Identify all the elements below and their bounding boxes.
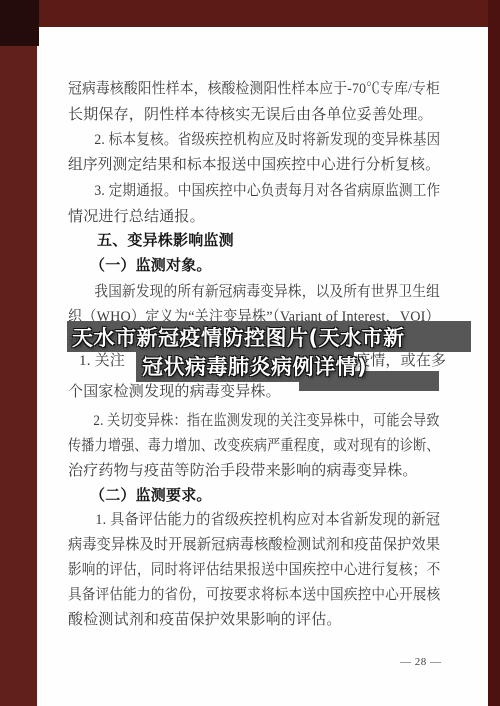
doc-line-21: 具备评估能力的省份，可按要求将标本送中国疾控中心开展核 — [68, 586, 440, 605]
doc-line-20: 影响的评估，同时将评估结果报送中国疾控中心进行复核；不 — [68, 561, 440, 580]
doc-line-19: 病毒变异株及时开展新冠病毒核酸检测试剂和疫苗保护效果 — [68, 536, 440, 555]
page-number: — 28 — — [400, 656, 442, 668]
doc-line-4: 组序列测定结果和标本报送中国疾控中心进行分析复核。 — [68, 156, 440, 175]
doc-line-5: 3. 定期通报。中国疾控中心负责每月对各省病原监测工作 — [68, 182, 440, 201]
doc-line-22: 酸检测试剂和疫苗保护效果影响的评估。 — [68, 611, 342, 630]
frame-corner-block — [0, 0, 39, 46]
doc-line-16: 治疗药物与疫苗等防治手段带来影响的病毒变异株。 — [68, 462, 418, 481]
caption-title-line-2: 冠状病毒肺炎病例详情) — [142, 353, 367, 381]
doc-line-3: 2. 标本复核。省级疾控机构应及时将新发现的变异株基因 — [68, 131, 440, 150]
doc-line-17: （二）监测要求。 — [90, 487, 212, 506]
frame-right-band — [488, 0, 500, 706]
scanned-document-page: 冠病毒核酸阳性样本，核酸检测阳性样本应于-70℃专库/专柜长期保存，阴性样本待核… — [0, 0, 500, 706]
doc-line-14: 2. 关切变异株：指在监测发现的关注变异株中，可能会导致 — [68, 412, 440, 431]
doc-line-2: 长期保存，阴性样本待核实无误后由各单位妥善处理。 — [68, 106, 433, 125]
doc-line-1: 冠病毒核酸阳性样本，核酸检测阳性样本应于-70℃专库/专柜 — [68, 80, 440, 99]
doc-line-13: 个国家检测发现的病毒变异株。 — [68, 383, 281, 402]
doc-line-9: 我国新发现的所有新冠病毒变异株，以及所有世界卫生组 — [68, 283, 440, 302]
doc-line-7: 五、变异株影响监测 — [68, 232, 234, 251]
caption-title-line-1: 天水市新冠疫情防控图片(天水市新 — [72, 324, 405, 352]
doc-line-18: 1. 具备评估能力的省级疾控机构应对本省新发现的新冠 — [68, 511, 440, 530]
doc-line-fragment-left: 1. 关注 — [79, 352, 125, 371]
doc-line-8: （一）监测对象。 — [90, 257, 212, 276]
doc-line-15: 传播力增强、毒力增加、改变疾病严重程度，或对现有的诊断、 — [68, 437, 440, 456]
frame-top-band — [0, 0, 500, 27]
doc-line-fragment-right: 疫情，或在多 — [355, 352, 446, 371]
frame-left-band — [0, 0, 37, 706]
doc-line-6: 情况进行总结通报。 — [68, 208, 205, 227]
